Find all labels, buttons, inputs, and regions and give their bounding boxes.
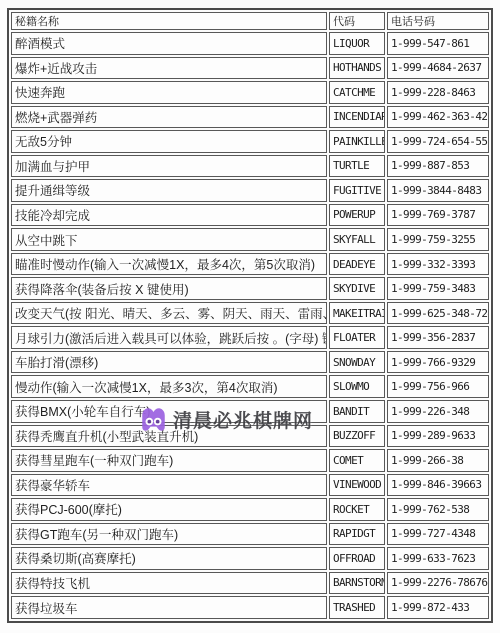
phone-number-cell: 1-999-332-3393 xyxy=(387,253,489,276)
cheat-code-cell: ROCKET xyxy=(329,498,385,521)
table-row: 获得BMX(小轮车自行车)BANDIT1-999-226-348 xyxy=(11,400,489,423)
cheat-code-cell: TRASHED xyxy=(329,596,385,619)
table-row: 醉酒模式LIQUOR1-999-547-861 xyxy=(11,32,489,55)
page: 秘籍名称 代码 电话号码 醉酒模式LIQUOR1-999-547-861爆炸+近… xyxy=(0,0,500,633)
cheat-code-cell: BANDIT xyxy=(329,400,385,423)
cheat-name-cell: 获得PCJ-600(摩托) xyxy=(11,498,327,521)
cheat-name-cell: 加满血与护甲 xyxy=(11,155,327,178)
table-row: 获得豪华轿车VINEWOOD1-999-846-39663 xyxy=(11,474,489,497)
cheat-name-cell: 车胎打滑(漂移) xyxy=(11,351,327,374)
cheat-name-cell: 获得桑切斯(高赛摩托) xyxy=(11,547,327,570)
table-row: 提升通缉等级FUGITIVE1-999-3844-8483 xyxy=(11,179,489,202)
phone-number-cell: 1-999-462-363-4279 xyxy=(387,106,489,129)
table-row: 从空中跳下SKYFALL1-999-759-3255 xyxy=(11,228,489,251)
cheat-name-cell: 获得降落伞(装备后按 X 键使用) xyxy=(11,277,327,300)
phone-number-cell: 1-999-727-4348 xyxy=(387,523,489,546)
table-row: 无敌5分钟PAINKILLER1-999-724-654-5537 xyxy=(11,130,489,153)
cheat-code-cell: SKYDIVE xyxy=(329,277,385,300)
phone-number-cell: 1-999-887-853 xyxy=(387,155,489,178)
table-row: 燃烧+武器弹药INCENDIARY1-999-462-363-4279 xyxy=(11,106,489,129)
phone-number-cell: 1-999-756-966 xyxy=(387,375,489,398)
phone-number-cell: 1-999-872-433 xyxy=(387,596,489,619)
cheat-code-cell: SLOWMO xyxy=(329,375,385,398)
cheat-code-cell: VINEWOOD xyxy=(329,474,385,497)
phone-number-cell: 1-999-846-39663 xyxy=(387,474,489,497)
table-row: 爆炸+近战攻击HOTHANDS1-999-4684-2637 xyxy=(11,57,489,80)
cheat-name-cell: 无敌5分钟 xyxy=(11,130,327,153)
phone-number-cell: 1-999-759-3483 xyxy=(387,277,489,300)
phone-number-cell: 1-999-633-7623 xyxy=(387,547,489,570)
table-row: 快速奔跑CATCHME1-999-228-8463 xyxy=(11,81,489,104)
cheat-code-cell: HOTHANDS xyxy=(329,57,385,80)
phone-number-cell: 1-999-547-861 xyxy=(387,32,489,55)
phone-number-cell: 1-999-2276-78676 xyxy=(387,572,489,595)
header-cheat-code: 代码 xyxy=(329,12,385,30)
table-row: 获得彗星跑车(一种双门跑车)COMET1-999-266-38 xyxy=(11,449,489,472)
phone-number-cell: 1-999-769-3787 xyxy=(387,204,489,227)
table-row: 获得垃圾车TRASHED1-999-872-433 xyxy=(11,596,489,619)
cheat-code-cell: POWERUP xyxy=(329,204,385,227)
table-row: 获得降落伞(装备后按 X 键使用)SKYDIVE1-999-759-3483 xyxy=(11,277,489,300)
cheat-name-cell: 燃烧+武器弹药 xyxy=(11,106,327,129)
phone-number-cell: 1-999-266-38 xyxy=(387,449,489,472)
cheat-name-cell: 瞄准时慢动作(输入一次减慢1X，最多4次，第5次取消) xyxy=(11,253,327,276)
phone-number-cell: 1-999-3844-8483 xyxy=(387,179,489,202)
table-row: 获得桑切斯(高赛摩托)OFFROAD1-999-633-7623 xyxy=(11,547,489,570)
phone-number-cell: 1-999-226-348 xyxy=(387,400,489,423)
cheat-name-cell: 获得特技飞机 xyxy=(11,572,327,595)
cheat-code-cell: RAPIDGT xyxy=(329,523,385,546)
cheat-code-cell: FUGITIVE xyxy=(329,179,385,202)
table-row: 改变天气(按 阳光、晴天、多云、雾、阴天、雨天、雷雨、下雪)MAKEITRAIN… xyxy=(11,302,489,325)
phone-number-cell: 1-999-356-2837 xyxy=(387,326,489,349)
cheat-code-cell: MAKEITRAIN xyxy=(329,302,385,325)
phone-number-cell: 1-999-289-9633 xyxy=(387,425,489,448)
table-header-row: 秘籍名称 代码 电话号码 xyxy=(11,12,489,30)
table-row: 慢动作(输入一次减慢1X，最多3次，第4次取消)SLOWMO1-999-756-… xyxy=(11,375,489,398)
cheat-code-cell: INCENDIARY xyxy=(329,106,385,129)
cheat-name-cell: 醉酒模式 xyxy=(11,32,327,55)
cheat-code-cell: TURTLE xyxy=(329,155,385,178)
cheat-name-cell: 提升通缉等级 xyxy=(11,179,327,202)
cheat-name-cell: 慢动作(输入一次减慢1X，最多3次，第4次取消) xyxy=(11,375,327,398)
table-row: 获得PCJ-600(摩托)ROCKET1-999-762-538 xyxy=(11,498,489,521)
phone-number-cell: 1-999-4684-2637 xyxy=(387,57,489,80)
cheat-name-cell: 改变天气(按 阳光、晴天、多云、雾、阴天、雨天、雷雨、下雪) xyxy=(11,302,327,325)
header-phone-number: 电话号码 xyxy=(387,12,489,30)
table-row: 获得特技飞机BARNSTORM1-999-2276-78676 xyxy=(11,572,489,595)
header-cheat-name: 秘籍名称 xyxy=(11,12,327,30)
table-row: 车胎打滑(漂移)SNOWDAY1-999-766-9329 xyxy=(11,351,489,374)
phone-number-cell: 1-999-759-3255 xyxy=(387,228,489,251)
cheat-name-cell: 从空中跳下 xyxy=(11,228,327,251)
phone-number-cell: 1-999-762-538 xyxy=(387,498,489,521)
cheat-code-table: 秘籍名称 代码 电话号码 醉酒模式LIQUOR1-999-547-861爆炸+近… xyxy=(7,8,493,623)
table-row: 瞄准时慢动作(输入一次减慢1X，最多4次，第5次取消)DEADEYE1-999-… xyxy=(11,253,489,276)
cheat-code-cell: CATCHME xyxy=(329,81,385,104)
cheat-code-cell: BARNSTORM xyxy=(329,572,385,595)
cheat-name-cell: 获得彗星跑车(一种双门跑车) xyxy=(11,449,327,472)
cheat-name-cell: 获得秃鹰直升机(小型武装直升机) xyxy=(11,425,327,448)
table-row: 技能冷却完成POWERUP1-999-769-3787 xyxy=(11,204,489,227)
cheat-name-cell: 获得豪华轿车 xyxy=(11,474,327,497)
phone-number-cell: 1-999-724-654-5537 xyxy=(387,130,489,153)
cheat-name-cell: 获得垃圾车 xyxy=(11,596,327,619)
cheat-code-cell: SNOWDAY xyxy=(329,351,385,374)
cheat-code-cell: COMET xyxy=(329,449,385,472)
table-row: 月球引力(激活后进入载具可以体验，跳跃后按 。(字母) 键漂浮)FLOATER1… xyxy=(11,326,489,349)
cheat-name-cell: 快速奔跑 xyxy=(11,81,327,104)
cheat-code-cell: DEADEYE xyxy=(329,253,385,276)
cheat-code-cell: PAINKILLER xyxy=(329,130,385,153)
table-row: 加满血与护甲TURTLE1-999-887-853 xyxy=(11,155,489,178)
cheat-name-cell: 月球引力(激活后进入载具可以体验，跳跃后按 。(字母) 键漂浮) xyxy=(11,326,327,349)
cheat-code-cell: FLOATER xyxy=(329,326,385,349)
cheat-name-cell: 获得BMX(小轮车自行车) xyxy=(11,400,327,423)
cheat-name-cell: 爆炸+近战攻击 xyxy=(11,57,327,80)
phone-number-cell: 1-999-766-9329 xyxy=(387,351,489,374)
cheat-code-cell: OFFROAD xyxy=(329,547,385,570)
phone-number-cell: 1-999-625-348-7246 xyxy=(387,302,489,325)
table-row: 获得秃鹰直升机(小型武装直升机)BUZZOFF1-999-289-9633 xyxy=(11,425,489,448)
cheat-code-cell: BUZZOFF xyxy=(329,425,385,448)
phone-number-cell: 1-999-228-8463 xyxy=(387,81,489,104)
cheat-name-cell: 获得GT跑车(另一种双门跑车) xyxy=(11,523,327,546)
table-row: 获得GT跑车(另一种双门跑车)RAPIDGT1-999-727-4348 xyxy=(11,523,489,546)
cheat-table-body: 醉酒模式LIQUOR1-999-547-861爆炸+近战攻击HOTHANDS1-… xyxy=(11,32,489,619)
cheat-code-cell: LIQUOR xyxy=(329,32,385,55)
cheat-code-cell: SKYFALL xyxy=(329,228,385,251)
cheat-name-cell: 技能冷却完成 xyxy=(11,204,327,227)
